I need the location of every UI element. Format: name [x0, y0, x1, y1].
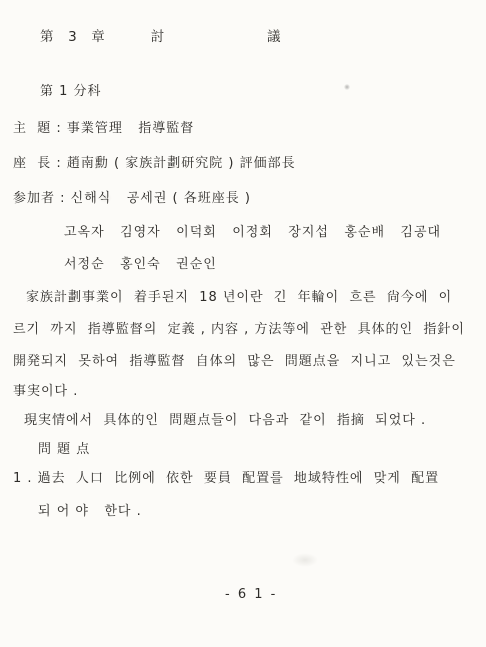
- section-heading: 第 1 分科: [40, 84, 102, 100]
- meta-participants-line: 参加者 : 신해식 공세권 ( 各班座長 ): [13, 191, 251, 207]
- paragraph2-line: 現実情에서 具体的인 問題点들이 다음과 같이 指摘 되었다 .: [24, 413, 426, 429]
- issues-heading: 問 題 点: [38, 442, 90, 458]
- page-number: - 6 1 -: [225, 587, 277, 603]
- meta-topic-line: 主 題 : 事業管理 指導監督: [13, 121, 194, 137]
- chapter-heading: 第 3 章 討 議: [40, 29, 282, 45]
- issue-item1-line2: 되 어 야 한다 .: [38, 504, 142, 520]
- scan-smudge: [292, 553, 318, 567]
- meta-chair-line: 座 長 : 趙南勳 ( 家族計劃研究院 ) 評価部長: [13, 156, 296, 172]
- paragraph1-line4: 事実이다 .: [13, 384, 78, 400]
- paragraph1-line3: 開発되지 못하여 指導監督 自体의 많은 問題点을 지니고 있는것은: [13, 354, 456, 370]
- scanned-document-page: 第 3 章 討 議 第 1 分科 主 題 : 事業管理 指導監督 座 長 : 趙…: [0, 0, 486, 647]
- scan-speck: [344, 84, 350, 90]
- participant-names-row-1: 고옥자 김영자 이덕회 이정회 장지섭 홍순배 김공대: [64, 225, 441, 241]
- participant-names-row-2: 서정순 홍인숙 권순인: [64, 257, 217, 273]
- issue-item1-line1: 1 . 過去 人口 比例에 依한 要員 配置를 地域特性에 맞게 配置: [13, 471, 439, 487]
- paragraph1-line1: 家族計劃事業이 着手된지 18 년이란 긴 年輪이 흐른 尙今에 이: [26, 290, 452, 306]
- paragraph1-line2: 르기 까지 指導監督의 定義 , 内容 , 方法等에 관한 具体的인 指針이: [13, 322, 465, 338]
